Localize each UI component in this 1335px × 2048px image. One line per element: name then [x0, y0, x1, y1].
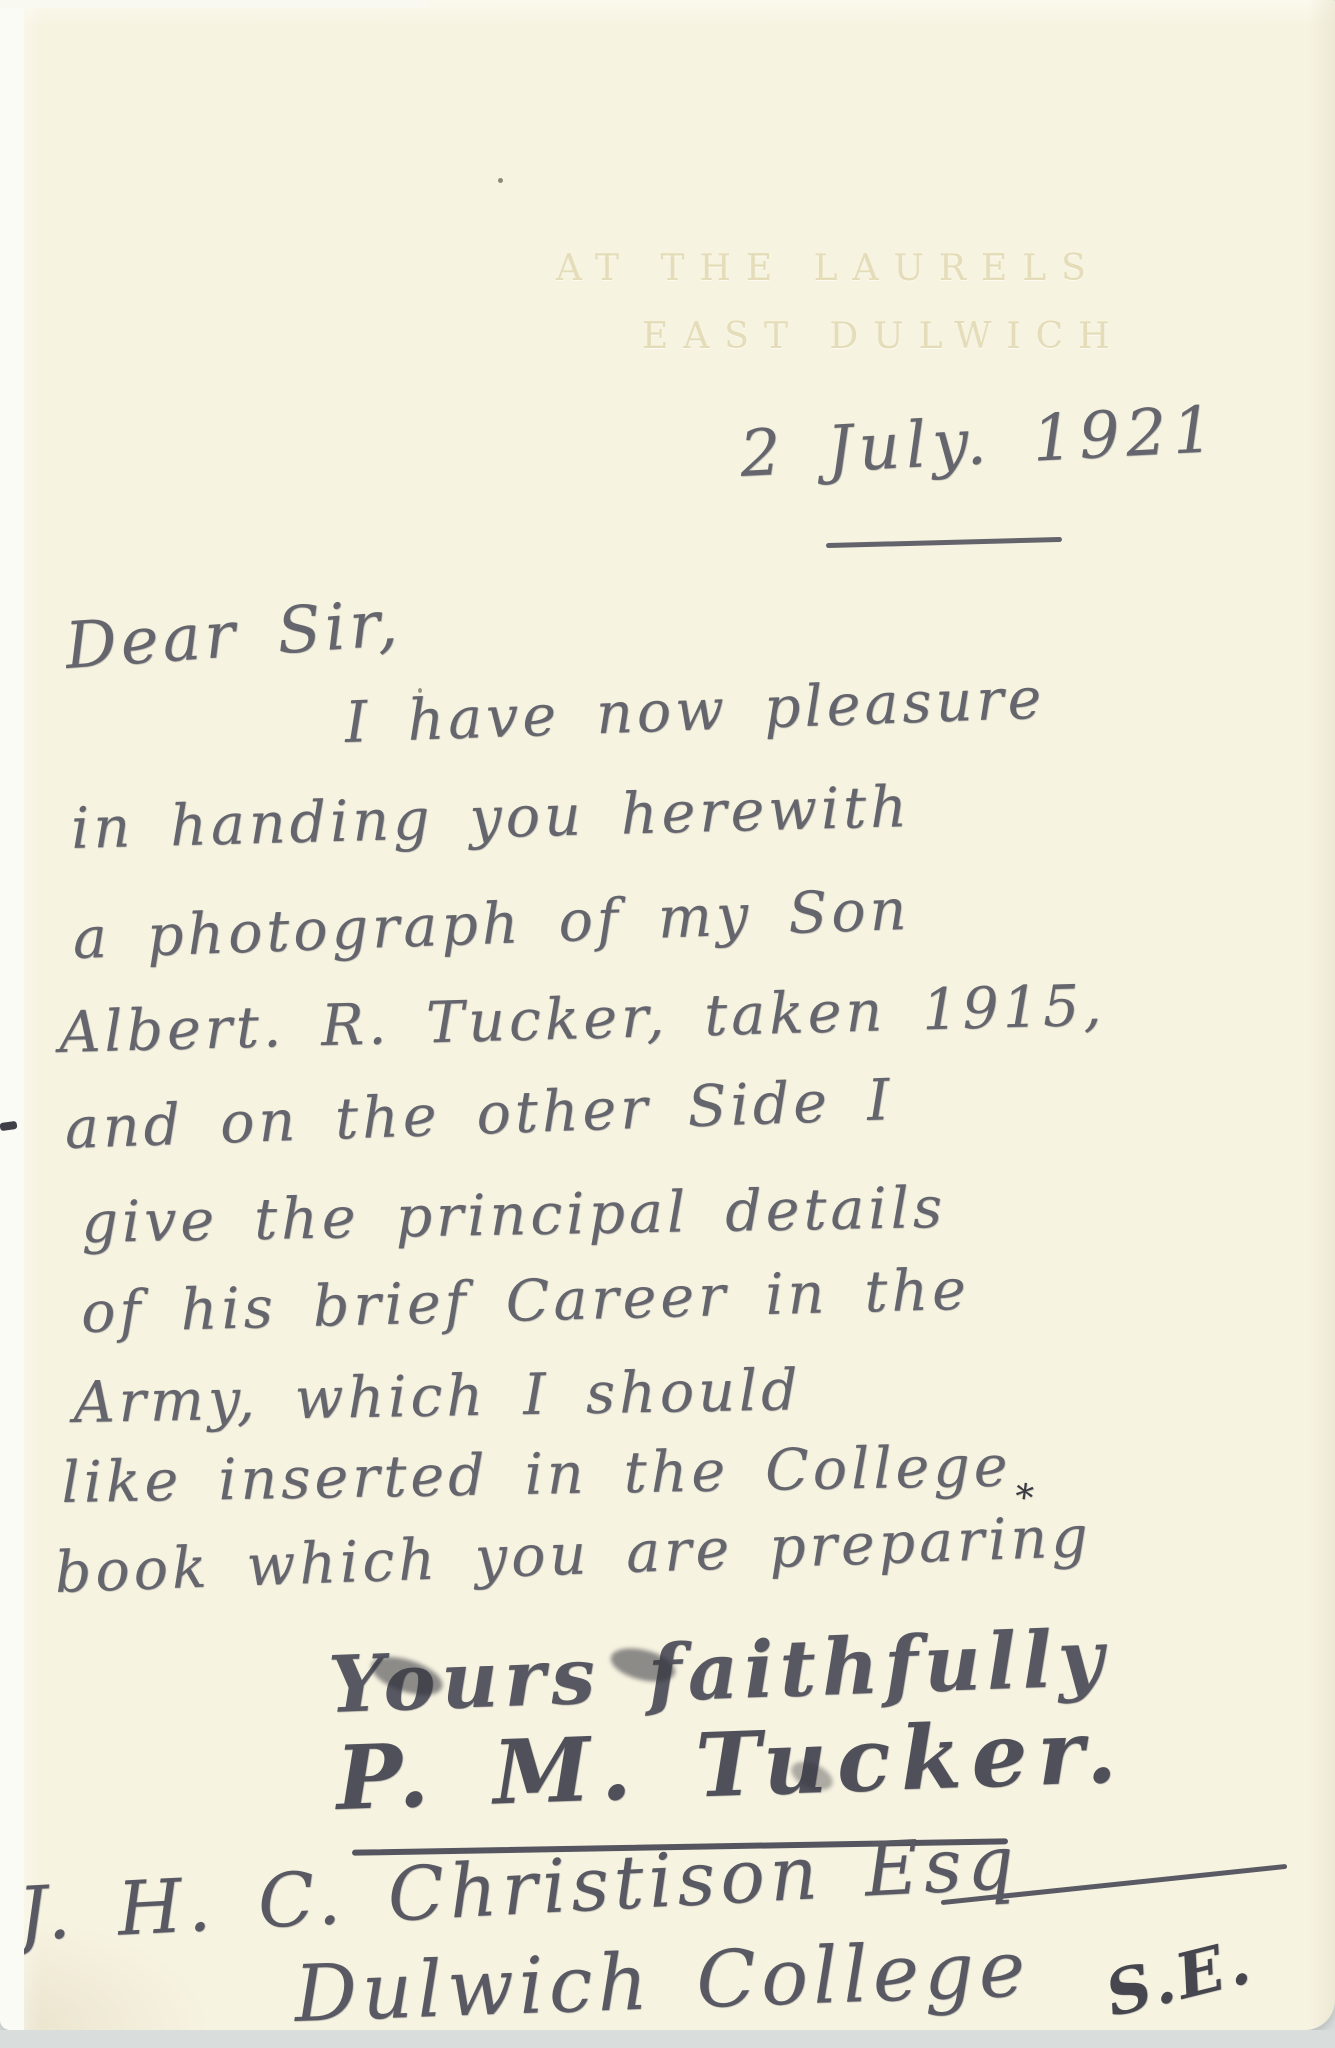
- body-line: and on the other Side I: [64, 1067, 895, 1162]
- body-line: in handing you herewith: [70, 774, 911, 862]
- body-line: I have now pleasure: [344, 666, 1047, 756]
- salutation: Dear Sir,: [63, 587, 404, 684]
- date-underline-stroke: [826, 537, 1062, 548]
- paper-speck: [498, 178, 503, 183]
- scan-edge-top-strip: [0, 0, 430, 8]
- scan-edge-light-strip: [0, 0, 24, 2030]
- letter-page: At The Laurels East Dulwich 2 July. 1921…: [0, 0, 1335, 2030]
- scanned-letter: At The Laurels East Dulwich 2 July. 1921…: [0, 0, 1335, 2048]
- date-line: 2 July. 1921: [738, 393, 1221, 492]
- letterhead-line-1: At The Laurels: [556, 248, 1101, 289]
- body-line: Army, which I should: [73, 1357, 802, 1436]
- body-line: of his brief Career in the: [80, 1257, 970, 1346]
- paper-speck: [418, 688, 422, 693]
- body-line: like inserted in the College: [61, 1433, 1012, 1516]
- body-line: give the principal details: [81, 1175, 947, 1256]
- body-line: a photograph of my Son: [72, 877, 912, 972]
- letterhead-line-2: East Dulwich: [642, 316, 1125, 357]
- body-line: book which you are preparing: [54, 1504, 1093, 1606]
- scanner-background: [0, 2030, 1335, 2048]
- recipient-address: Dulwich College: [293, 1924, 1032, 2040]
- recipient-postal-district: S.E.: [1098, 1924, 1260, 2031]
- body-line: Albert. R. Tucker, taken 1915,: [58, 973, 1106, 1066]
